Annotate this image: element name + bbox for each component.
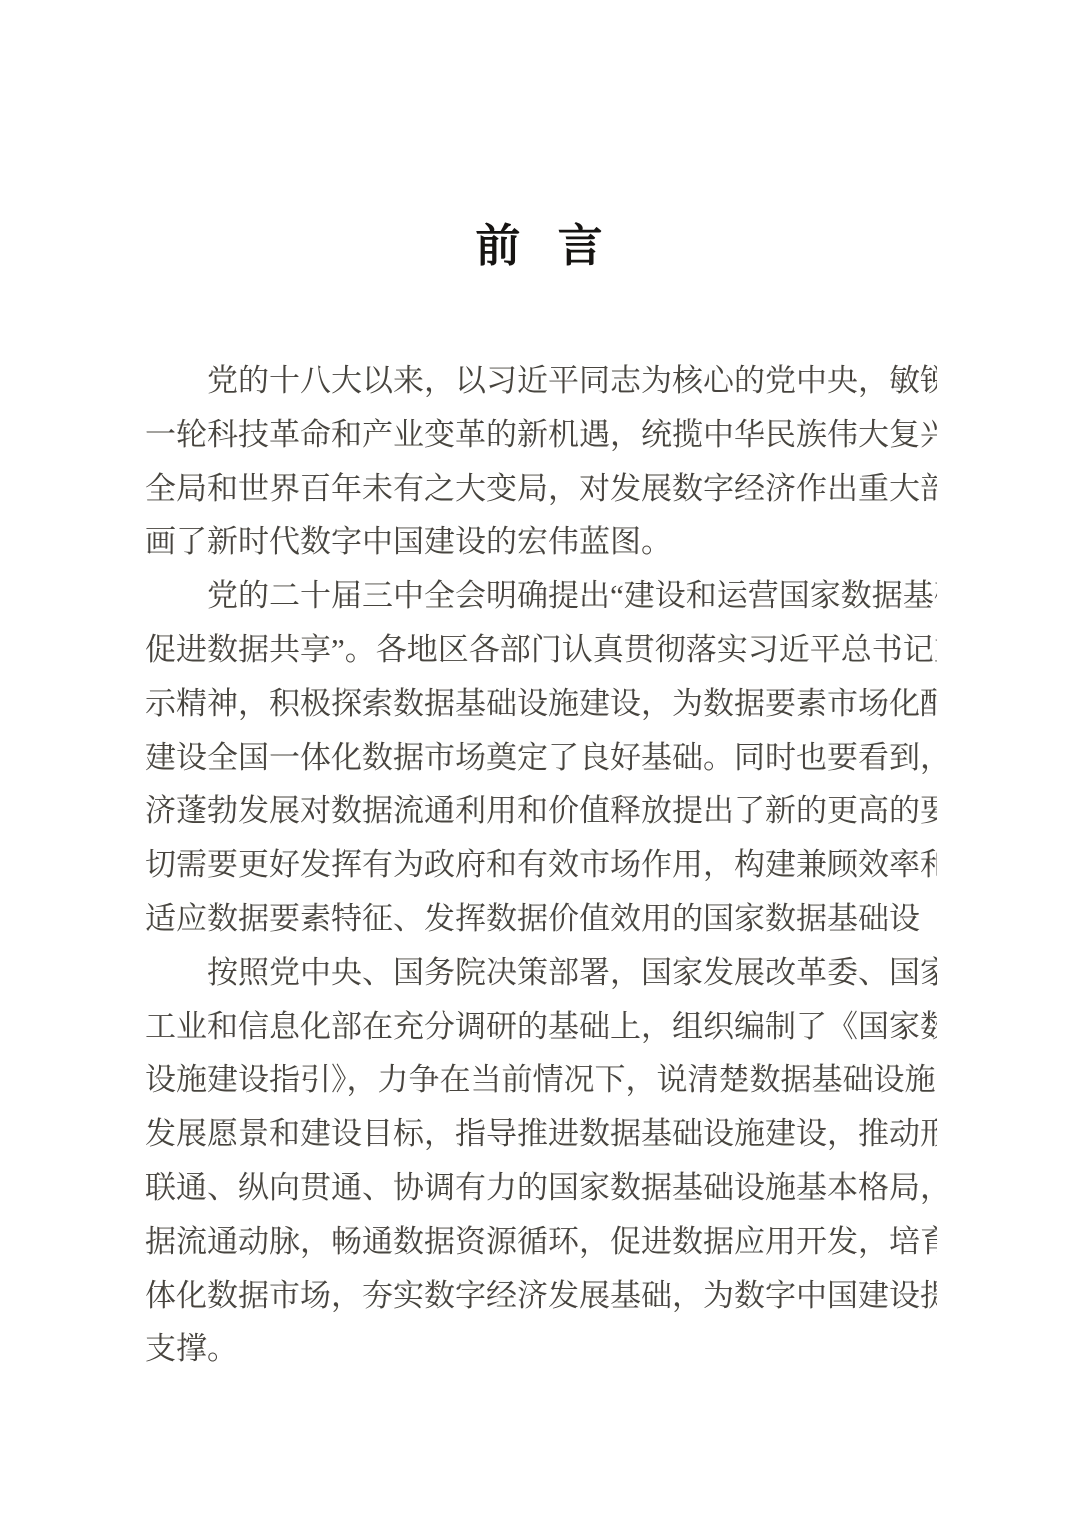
text-line: 全局和世界百年未有之大变局，对发展数字经济作出重大部署，擘 <box>145 462 937 516</box>
paragraph: 党的十八大以来，以习近平同志为核心的党中央，敏锐把握新一轮科技革命和产业变革的新… <box>145 354 937 569</box>
text-line: 济蓬勃发展对数据流通利用和价值释放提出了新的更高的要求，迫 <box>145 784 937 838</box>
paragraph: 党的二十届三中全会明确提出“建设和运营国家数据基础设施，促进数据共享”。各地区各… <box>145 569 937 946</box>
text-line: 工业和信息化部在充分调研的基础上，组织编制了《国家数据基础 <box>145 1000 937 1054</box>
text-line: 联通、纵向贯通、协调有力的国家数据基础设施基本格局，打通数 <box>145 1161 937 1215</box>
text-line: 党的十八大以来，以习近平同志为核心的党中央，敏锐把握新 <box>145 354 937 408</box>
text-line: 促进数据共享”。各地区各部门认真贯彻落实习近平总书记重要指 <box>145 623 937 677</box>
text-line: 支撑。 <box>145 1322 937 1376</box>
document-page: 前 言 党的十八大以来，以习近平同志为核心的党中央，敏锐把握新一轮科技革命和产业… <box>0 0 1080 1527</box>
text-line: 示精神，积极探索数据基础设施建设，为数据要素市场化配置改革、 <box>145 677 937 731</box>
document-body: 党的十八大以来，以习近平同志为核心的党中央，敏锐把握新一轮科技革命和产业变革的新… <box>145 354 937 1376</box>
text-line: 体化数据市场，夯实数字经济发展基础，为数字中国建设提供有力 <box>145 1269 937 1323</box>
text-line: 据流通动脉，畅通数据资源循环，促进数据应用开发，培育全国一 <box>145 1215 937 1269</box>
text-line: 一轮科技革命和产业变革的新机遇，统揽中华民族伟大复兴的战略 <box>145 408 937 462</box>
text-line: 发展愿景和建设目标，指导推进数据基础设施建设，推动形成横向 <box>145 1107 937 1161</box>
page-title: 前 言 <box>0 0 1080 272</box>
text-line: 按照党中央、国务院决策部署，国家发展改革委、国家数据局、 <box>145 946 937 1000</box>
text-line: 设施建设指引》，力争在当前情况下，说清楚数据基础设施的概念、 <box>145 1053 937 1107</box>
text-line: 切需要更好发挥有为政府和有效市场作用，构建兼顾效率和公平、 <box>145 838 937 892</box>
paragraph: 按照党中央、国务院决策部署，国家发展改革委、国家数据局、工业和信息化部在充分调研… <box>145 946 937 1376</box>
text-line: 画了新时代数字中国建设的宏伟蓝图。 <box>145 515 937 569</box>
text-line: 适应数据要素特征、发挥数据价值效用的国家数据基础设施。 <box>145 892 937 946</box>
text-line: 建设全国一体化数据市场奠定了良好基础。同时也要看到，数字经 <box>145 731 937 785</box>
text-line: 党的二十届三中全会明确提出“建设和运营国家数据基础设施， <box>145 569 937 623</box>
